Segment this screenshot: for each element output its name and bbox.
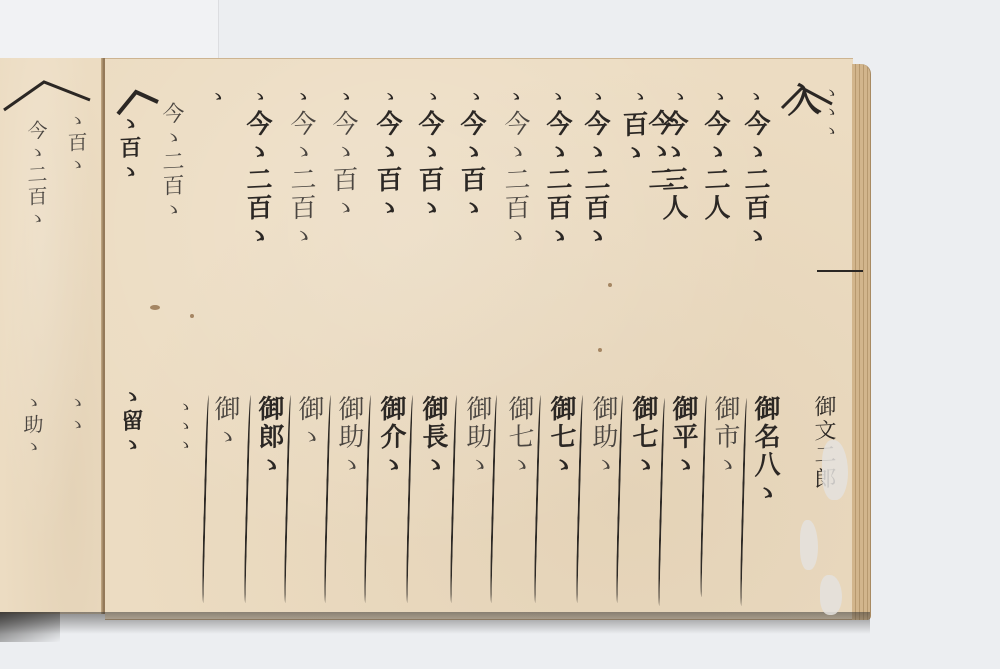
- row-mark: ゝ: [338, 84, 354, 107]
- row-mark: ゝ: [425, 84, 441, 107]
- left-page-column: 今ゝ二百ゝ: [26, 119, 46, 290]
- ledger-column: ゝ百ゝ: [118, 111, 140, 252]
- row-mark: ゝ: [210, 84, 226, 107]
- page-edge-stack: [852, 64, 871, 620]
- paper-spot: [190, 314, 194, 318]
- ledger-column: 今ゝ二人: [702, 109, 728, 260]
- ledger-column: 今ゝ二百ゝ: [502, 109, 528, 260]
- left-page: [0, 58, 105, 614]
- left-page-column: ゝゝ: [66, 391, 86, 492]
- entry-column: 御介ゝ: [378, 394, 404, 545]
- entry-column: 御助ゝ: [590, 394, 616, 545]
- row-mark: ゝ: [382, 84, 398, 107]
- entry-column: 御ゝ: [212, 394, 238, 545]
- ledger-column: 今ゝ百ゝ: [330, 109, 356, 260]
- row-mark: ゝ: [252, 84, 268, 107]
- entry-column: 御平ゝ: [670, 394, 696, 545]
- paper-spot: [150, 305, 160, 310]
- ledger-column: 今ゝ二百ゝ: [582, 109, 608, 260]
- entry-column: ゝ留ゝ: [120, 384, 142, 495]
- entry-column: 御市ゝ: [712, 394, 738, 545]
- left-page-column: ゝ百ゝ: [66, 109, 86, 270]
- row-mark: ゝ: [748, 84, 764, 107]
- paper-damage: [820, 575, 842, 615]
- paper-spot: [608, 283, 612, 287]
- ledger-column: 今ゝ二百ゝ: [160, 101, 182, 252]
- entry-column: 御助ゝ: [464, 394, 490, 545]
- entry-column: 御七ゝ: [506, 394, 532, 545]
- row-mark: ゝ: [672, 84, 688, 107]
- left-page-column: ゝ助ゝ: [22, 391, 42, 572]
- row-mark: ゝ: [712, 84, 728, 107]
- ledger-column: 今ゝ二百ゝ: [742, 109, 768, 260]
- ledger-column: 今ゝ二百ゝ: [288, 109, 314, 260]
- row-mark: ゝ: [590, 84, 606, 107]
- entry-column: 御七ゝ: [630, 394, 656, 545]
- ledger-column: 今ゝ二百ゝ: [620, 109, 672, 242]
- row-mark: ゝ: [550, 84, 566, 107]
- ledger-column: 今ゝ二百ゝ: [544, 109, 570, 260]
- entry-column: 御名八ゝ: [752, 394, 778, 545]
- backdrop-seam: [218, 0, 219, 60]
- entry-column: 御助ゝ: [336, 394, 362, 545]
- ledger-column: 今ゝ百ゝ: [374, 109, 400, 260]
- paper-spot: [598, 348, 602, 352]
- entry-column: 御ゝ: [296, 394, 322, 545]
- row-mark: ゝ: [632, 84, 648, 107]
- note-column: ゝゝゝ: [820, 84, 837, 295]
- row-mark: ゝ: [295, 84, 311, 107]
- ledger-column: 今ゝ百ゝ: [458, 109, 484, 260]
- paper-damage: [800, 520, 818, 570]
- row-mark: ゝ: [508, 84, 524, 107]
- ledger-column: 今ゝ百ゝ: [416, 109, 442, 260]
- row-mark: ゝ: [468, 84, 484, 107]
- book-shadow-left: [0, 612, 60, 642]
- backdrop-upper-left: [0, 0, 218, 60]
- entry-column: 御七ゝ: [548, 394, 574, 545]
- entry-column: 御郎ゝ: [256, 394, 282, 545]
- book-shadow: [0, 612, 870, 634]
- entry-column: 御長ゝ: [420, 394, 446, 545]
- entry-column: ゝゝゝ: [174, 398, 191, 589]
- ledger-column: 今ゝ二百ゝ: [244, 109, 270, 260]
